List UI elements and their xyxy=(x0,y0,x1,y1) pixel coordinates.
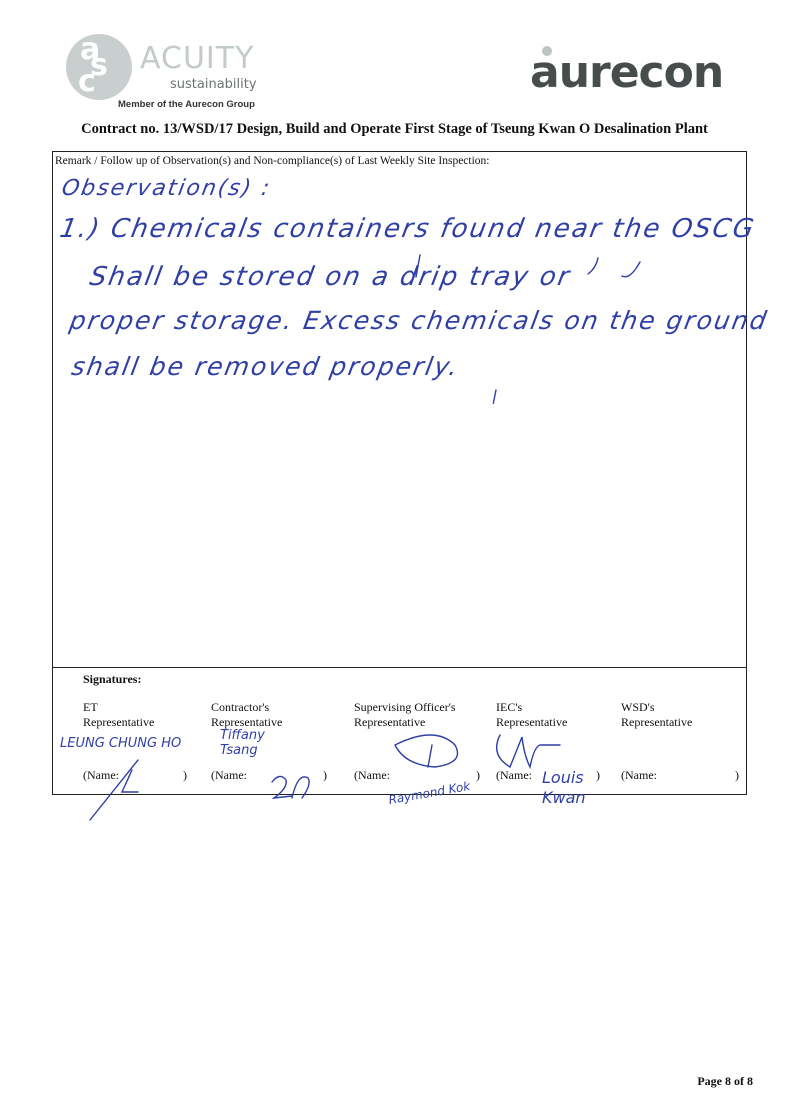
handwritten-line: 1.) Chemicals containers found near the … xyxy=(57,214,757,244)
acuity-logo: a s c ACUITY sustainability Member of th… xyxy=(66,34,266,114)
signature-column-supervising-officer: Supervising Officer's Representative xyxy=(354,700,456,730)
signatures-heading: Signatures: xyxy=(83,672,141,687)
name-field-wsd: (Name: ) xyxy=(621,768,739,783)
signature-column-contractor: Contractor's Representative xyxy=(211,700,282,730)
contract-title: Contract no. 13/WSD/17 Design, Build and… xyxy=(0,121,789,138)
name-field-contractor: (Name: ) xyxy=(211,768,327,783)
member-text: Member of the Aurecon Group xyxy=(118,99,255,110)
signature-column-wsd: WSD's Representative xyxy=(621,700,692,730)
handwritten-name-contractor: Tiffany Tsang xyxy=(220,728,280,758)
signature-column-iec: IEC's Representative xyxy=(496,700,567,730)
aurecon-logo: aurecon xyxy=(530,46,750,106)
page-number: Page 8 of 8 xyxy=(697,1074,753,1089)
handwritten-name-iec: Louis Kwan xyxy=(542,768,592,808)
signature-divider xyxy=(53,667,746,668)
aurecon-wordmark: aurecon xyxy=(530,48,723,98)
acuity-tagline: sustainability xyxy=(170,77,257,92)
handwritten-line: shall be removed properly. xyxy=(69,352,461,381)
acuity-brand: ACUITY xyxy=(140,44,254,74)
asc-monogram-icon: a s c xyxy=(66,34,132,100)
remark-label: Remark / Follow up of Observation(s) and… xyxy=(55,155,489,167)
handwritten-heading: Observation(s) : xyxy=(60,176,273,201)
signature-column-et: ET Representative xyxy=(83,700,154,730)
name-field-et: (Name: ) xyxy=(83,768,187,783)
inspection-form: Remark / Follow up of Observation(s) and… xyxy=(52,151,747,795)
handwritten-line: Shall be stored on a drip tray or xyxy=(87,262,573,292)
handwritten-name-et: LEUNG CHUNG HO xyxy=(60,736,181,751)
handwritten-line: proper storage. Excess chemicals on the … xyxy=(67,306,770,335)
